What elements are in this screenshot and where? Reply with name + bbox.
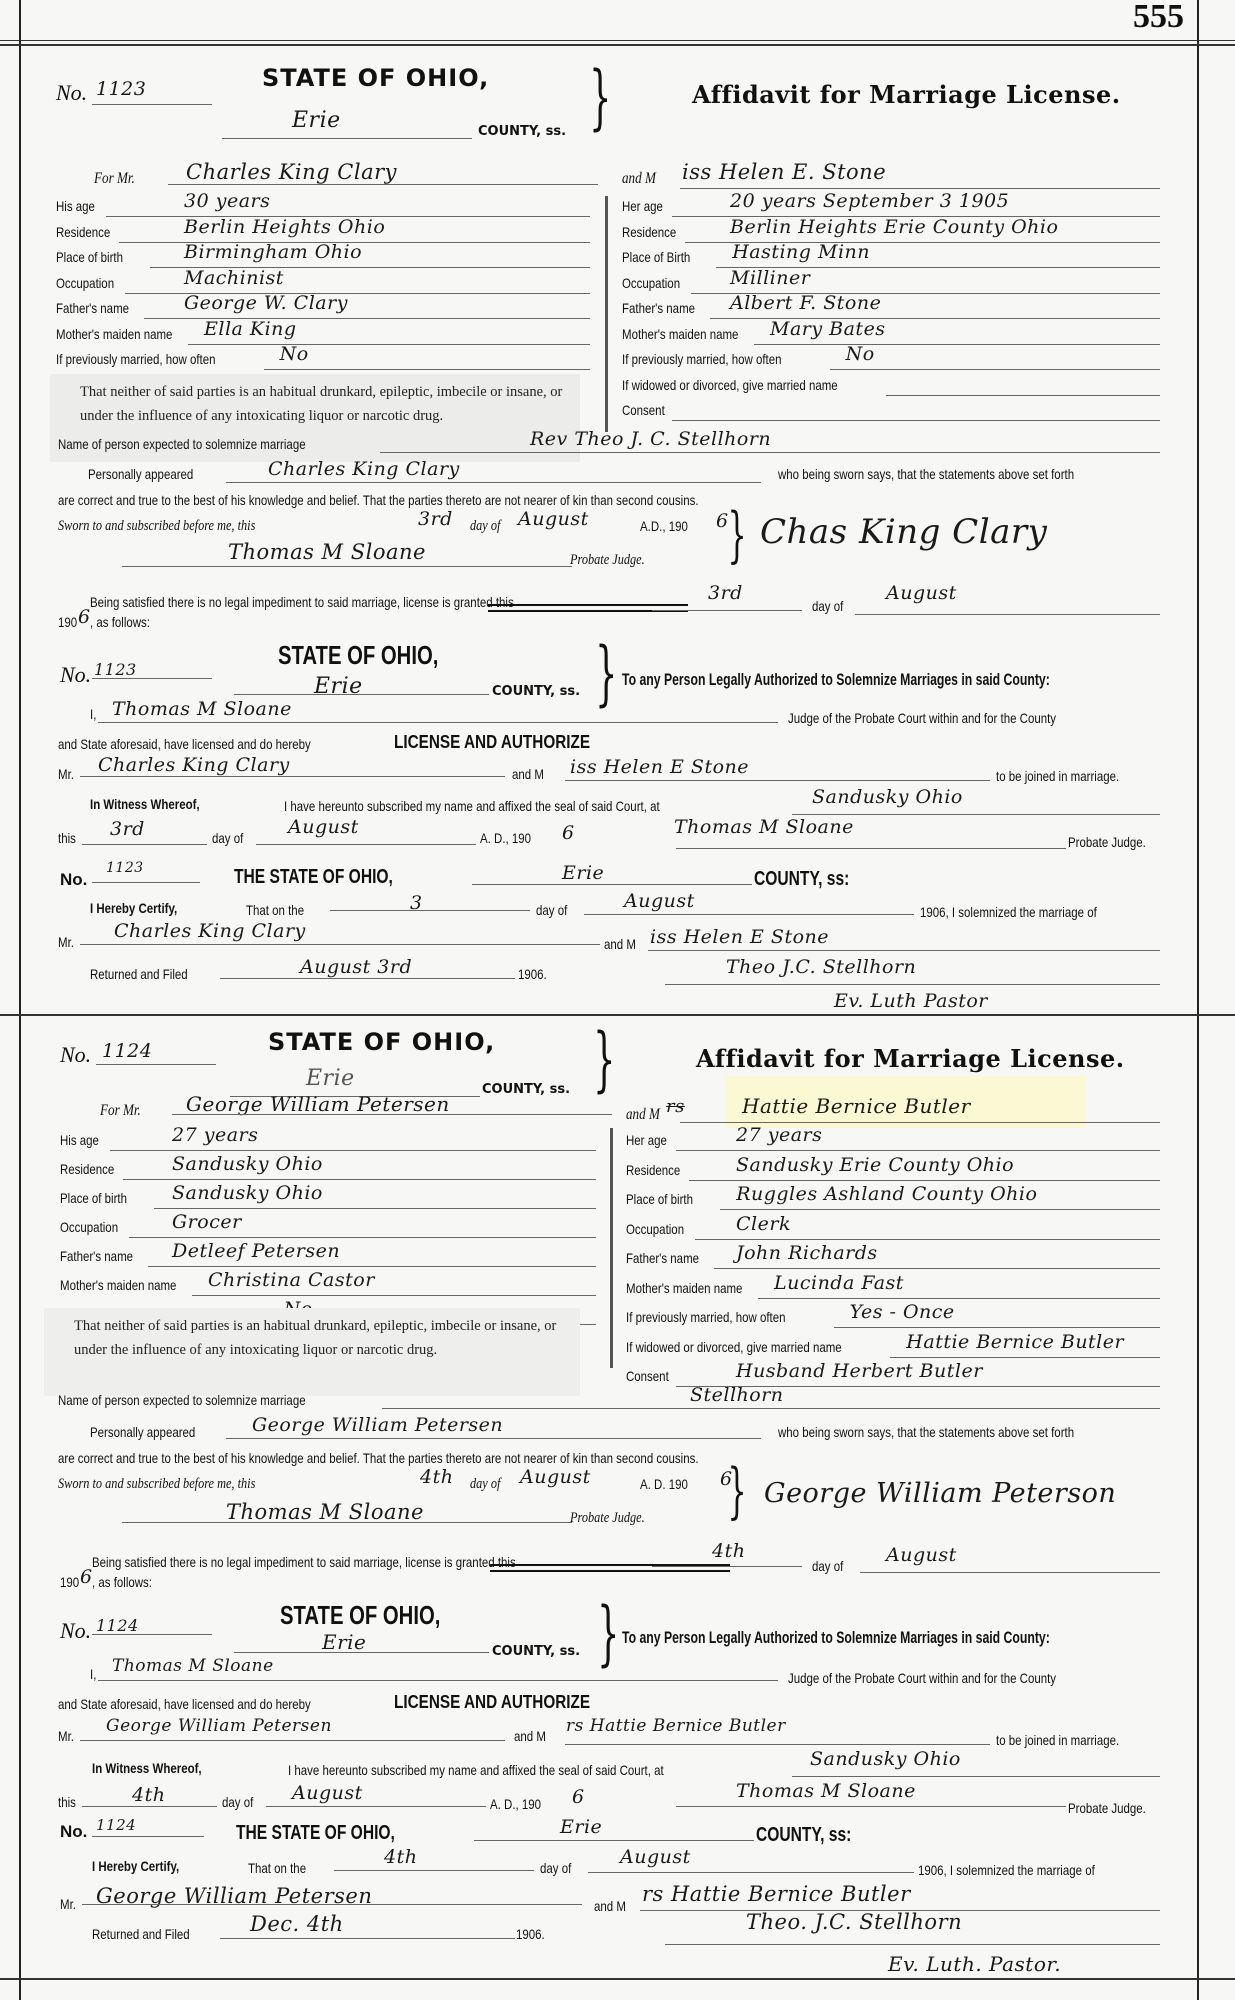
cert-certify-bold: I Hereby Certify, [92,1858,179,1874]
license-year-digit: 6 [572,1786,585,1808]
license-witness-bold: In Witness Whereof, [90,796,200,812]
cert-day: 4th [384,1846,417,1868]
license-county-label: COUNTY, ss. [492,684,580,699]
granted-text: Being satisfied there is no legal impedi… [92,1554,516,1570]
column-divider [610,1128,613,1368]
field-line [834,1327,1160,1328]
cert-year-text: 1906, I solemnized the marriage of [920,904,1097,920]
license-and-m: and M [514,1728,546,1744]
groom-line [172,1114,612,1115]
as-follows: , as follows: [90,614,150,630]
field-value: Detleef Petersen [172,1240,340,1262]
field-line [676,1150,1160,1151]
license-judge-text: Judge of the Probate Court within and fo… [788,710,1056,726]
license-month-line [266,1806,486,1807]
license-day-line [82,844,207,845]
county-label: COUNTY, ss. [478,124,566,139]
field-label: Father's name [622,300,695,316]
sworn-text-2: are correct and true to the best of his … [58,492,699,508]
license-judge-sig-line [676,1806,1066,1807]
judge-signature: Thomas M Sloane [228,540,426,564]
cert-and-m: and M [604,936,636,952]
granted-text: Being satisfied there is no legal impedi… [90,594,514,610]
field-line [830,369,1160,370]
field-line [188,344,590,345]
affidavit-number: 1124 [102,1040,152,1062]
granted-year-digit: 6 [80,1566,93,1588]
license-day-of: day of [212,830,243,846]
field-label: Place of birth [60,1190,127,1206]
cert-number-label: No. [60,870,87,890]
field-label: Place of birth [626,1191,693,1207]
right-margin-rule [1197,0,1199,2000]
cert-returned-line [220,1938,515,1939]
cert-county-line [474,1840,754,1841]
ad-label: A.D., 190 [640,518,688,534]
cert-county-label: COUNTY, ss: [754,868,849,891]
license-bride-line [565,780,990,781]
field-line [129,1237,596,1238]
field-value: Sandusky Erie County Ohio [736,1154,1014,1176]
license-brace: } [595,632,617,714]
license-joined: to be joined in marriage. [996,768,1119,784]
field-label: His age [60,1132,99,1148]
license-number: 1123 [94,660,137,679]
appeared-line [226,482,761,483]
license-judge-name: Thomas M Sloane [112,698,292,720]
cert-bride-line [648,950,1160,951]
granted-day: 4th [712,1540,745,1562]
field-label: His age [56,198,95,214]
license-judge-label: Probate Judge. [1068,1800,1146,1816]
field-line [110,1150,596,1151]
license-judge-name: Thomas M Sloane [112,1656,274,1676]
as-follows: , as follows: [92,1574,152,1590]
license-i-label: I, [90,1666,96,1682]
solemnizer-name: Stellhorn [690,1384,784,1406]
field-label: If previously married, how often [626,1309,786,1325]
field-label: Occupation [56,275,114,291]
bride-line [680,1122,1160,1123]
field-label: Place of birth [56,249,123,265]
field-value: Sandusky Ohio [172,1182,323,1204]
cert-officiant-line [665,1944,1160,1945]
cert-month-line [588,1872,914,1873]
field-line [192,1295,596,1296]
bride-line [680,188,1160,189]
license-witness-bold: In Witness Whereof, [92,1760,202,1776]
license-joined: to be joined in marriage. [996,1732,1119,1748]
license-witness-line [792,1776,1160,1777]
field-value: John Richards [736,1242,878,1264]
field-value: George W. Clary [184,292,348,314]
signature-brace: } [728,1456,747,1526]
field-value: 27 years [172,1124,258,1146]
license-witness-line [792,814,1160,815]
license-groom-line [80,776,505,777]
license-judge-sig-line [676,848,1066,849]
license-authorize: LICENSE AND AUTHORIZE [394,732,590,753]
cert-county-value: Erie [562,862,604,884]
field-value: No [280,343,309,365]
field-value: Lucinda Fast [774,1272,904,1294]
license-day-of: day of [222,1794,253,1810]
license-county-value: Erie [322,1630,366,1654]
license-this: this [58,1794,76,1810]
field-value: Mary Bates [770,318,886,340]
granted-day-line [652,1566,802,1567]
granted-month-line [855,614,1160,615]
license-number-label: No. [60,662,91,688]
cert-county-line [472,884,752,885]
cert-county-value: Erie [560,1816,602,1838]
judge-line [122,1522,572,1523]
affidavit-number: 1123 [96,78,146,100]
field-label: Mother's maiden name [60,1277,176,1293]
license-day-line [82,1806,217,1807]
bride-label: and M [622,170,656,188]
license-mr-label: Mr. [58,766,74,782]
license-ad: A. D., 190 [490,1796,541,1812]
appeared-label: Personally appeared [88,466,193,482]
field-line [672,420,1160,421]
field-line [689,1180,1160,1181]
field-label: Occupation [626,1221,684,1237]
license-authorize: LICENSE AND AUTHORIZE [394,1692,590,1713]
field-value: 30 years [184,190,270,212]
license-number-line [92,678,212,679]
license-ad: A. D., 190 [480,830,531,846]
field-label: If previously married, how often [622,351,782,367]
solemnizer-line [380,452,1160,453]
field-line [890,1357,1160,1358]
granted-day-line [652,610,802,611]
license-bride-line [565,1744,990,1745]
cert-month-line [584,914,914,915]
granted-month: August [886,1544,957,1566]
cert-returned-year: 1906. [516,1926,545,1942]
granted-day: 3rd [708,582,743,604]
license-judge-text: Judge of the Probate Court within and fo… [788,1670,1056,1686]
field-label: Residence [56,224,110,240]
cert-certify-text: That on the [246,902,304,918]
cert-number-line [92,1836,204,1837]
license-judge-line [98,722,778,723]
cert-bride-name: rs Hattie Bernice Butler [642,1882,911,1906]
top-double-rule-2 [0,44,1235,46]
record-separator [0,1014,1235,1016]
license-address: To any Person Legally Authorized to Sole… [622,1628,1050,1648]
cert-day-line [330,910,530,911]
license-address: To any Person Legally Authorized to Sole… [622,670,1050,690]
judge-signature: Thomas M Sloane [226,1500,424,1524]
county-label: COUNTY, ss. [482,1082,570,1097]
groom-label: For Mr. [100,1102,141,1120]
license-judge-line [98,1680,778,1681]
bride-prefix: rs [666,1096,685,1117]
field-value: Berlin Heights Erie County Ohio [730,216,1058,238]
register-page: 555 No. 1123 STATE OF OHIO, Erie COUNTY,… [0,0,1235,2000]
license-this: this [58,830,76,846]
cert-officiant-title: Ev. Luth. Pastor. [888,1952,1061,1976]
judge-line [122,566,572,567]
license-groom-name: Charles King Clary [98,754,290,776]
license-judge-label: Probate Judge. [1068,834,1146,850]
granted-day-of: day of [812,1558,843,1574]
license-number-label: No. [60,1618,91,1644]
field-label: Mother's maiden name [56,326,172,342]
day-of-label: day of [470,1476,500,1493]
license-state-heading: STATE OF OHIO, [278,640,438,671]
groom-line [168,184,598,185]
license-state-heading: STATE OF OHIO, [280,1600,440,1631]
cert-returned-date: Dec. 4th [250,1912,344,1936]
sworn-month: August [518,508,589,530]
left-margin-rule [19,0,21,2000]
field-line [695,1239,1160,1240]
judge-label: Probate Judge. [570,552,645,569]
cert-certify-text: That on the [248,1860,306,1876]
signature-brace: } [728,500,747,570]
granted-month-line [860,1572,1160,1573]
license-and-m: and M [512,766,544,782]
field-line [754,344,1160,345]
field-value: Albert F. Stone [730,292,881,314]
field-value: 20 years September 3 1905 [730,190,1009,212]
sworn-label: Sworn to and subscribed before me, this [58,1476,255,1493]
cert-returned-line [220,978,515,979]
field-label: Her age [622,198,663,214]
license-year-digit: 6 [562,822,575,844]
bride-name: Hattie Bernice Butler [742,1094,971,1118]
license-groom-line [80,1740,505,1741]
cert-groom-name: Charles King Clary [114,920,306,942]
cert-month: August [620,1846,691,1868]
field-label: If widowed or divorced, give married nam… [622,377,838,393]
field-label: Her age [626,1132,667,1148]
field-value: Christina Castor [208,1269,375,1291]
affidavit-title: Affidavit for Marriage License. [696,1044,1125,1073]
license-county-line [234,694,489,695]
field-value: Hasting Minn [732,241,870,263]
appeared-label: Personally appeared [90,1424,195,1440]
cert-year-text: 1906, I solemnized the marriage of [918,1862,1095,1878]
sworn-label: Sworn to and subscribed before me, this [58,518,255,535]
license-county-value: Erie [314,674,363,699]
sworn-day: 4th [420,1466,453,1488]
brace: } [589,56,611,138]
bride-label: and M [626,1106,660,1124]
field-value: Ruggles Ashland County Ohio [736,1183,1037,1205]
granted-month: August [886,582,957,604]
field-value: Birmingham Ohio [184,241,362,263]
cert-mr-label: Mr. [58,934,74,950]
granted-day-of: day of [812,598,843,614]
field-label: Mother's maiden name [626,1280,742,1296]
field-value: Machinist [184,267,284,289]
cert-number-label: No. [60,1822,87,1842]
cert-number-line [92,882,200,883]
field-value: No [846,343,875,365]
top-double-rule [0,40,1235,41]
field-value: 27 years [736,1124,822,1146]
field-label: Occupation [622,275,680,291]
bottom-rule [0,1978,1235,1980]
solemnizer-label: Name of person expected to solemnize mar… [58,1392,306,1408]
groom-label: For Mr. [94,170,135,188]
cert-officiant-title: Ev. Luth Pastor [834,990,988,1012]
license-county-label: COUNTY, ss. [492,1644,580,1659]
field-value: Husband Herbert Butler [736,1360,983,1382]
cert-and-m: and M [594,1898,626,1914]
cert-officiant: Theo J.C. Stellhorn [726,956,916,978]
license-month-line [256,844,476,845]
sworn-text-2: are correct and true to the best of his … [58,1450,699,1466]
field-label: Father's name [626,1250,699,1266]
field-label: If previously married, how often [56,351,216,367]
county-line [222,138,472,139]
brace: } [593,1018,615,1100]
applicant-signature: Chas King Clary [760,512,1047,552]
license-number: 1124 [96,1616,139,1635]
field-label: Occupation [60,1219,118,1235]
county-value: Erie [292,108,341,133]
field-label: Father's name [60,1248,133,1264]
affidavit-number-label: No. [60,1042,91,1068]
field-value: Yes - Once [850,1301,955,1323]
license-witness-place: Sandusky Ohio [810,1748,961,1770]
cert-returned-label: Returned and Filed [92,1926,190,1942]
groom-name: George William Petersen [186,1092,450,1116]
field-line [758,1298,1160,1299]
license-witness-text: I have hereunto subscribed my name and a… [288,1762,664,1778]
solemnizer-line [382,1408,1160,1409]
license-bride-name: rs Hattie Bernice Butler [566,1716,786,1736]
field-label: Residence [622,224,676,240]
field-line [714,1268,1160,1269]
appeared-name: Charles King Clary [268,458,460,480]
cert-returned-year: 1906. [518,966,547,982]
cert-day-of: day of [540,1860,571,1876]
field-label: Residence [60,1161,114,1177]
granted-year-prefix: 190 [60,1574,79,1590]
field-line [148,1266,596,1267]
field-label: Place of Birth [622,249,690,265]
cert-day-of: day of [536,902,567,918]
license-day: 3rd [110,818,145,840]
county-value: Erie [306,1066,355,1091]
field-value: Berlin Heights Ohio [184,216,385,238]
field-value: Hattie Bernice Butler [906,1331,1124,1353]
cert-officiant: Theo. J.C. Stellhorn [746,1910,962,1934]
cert-groom-line [82,1904,582,1905]
field-line [123,1179,596,1180]
appeared-name: George William Petersen [252,1414,503,1436]
field-line [886,395,1160,396]
day-of-label: day of [470,518,500,535]
applicant-signature: George William Peterson [764,1478,1116,1509]
field-line [720,1209,1160,1210]
cert-heading: THE STATE OF OHIO, [234,866,393,889]
field-value: Ella King [204,318,297,340]
number-line [92,104,212,105]
cert-certify-bold: I Hereby Certify, [90,900,177,916]
sworn-day: 3rd [418,508,453,530]
field-value: Clerk [736,1213,791,1235]
state-heading: STATE OF OHIO, [262,64,489,92]
license-witness-place: Sandusky Ohio [812,786,963,808]
field-line [264,369,590,370]
cert-county-label: COUNTY, ss: [756,1824,851,1847]
cert-heading: THE STATE OF OHIO, [236,1822,395,1845]
affidavit-number-label: No. [56,80,87,106]
license-day: 4th [132,1784,165,1806]
bride-name: iss Helen E. Stone [682,160,886,184]
license-groom-name: George William Petersen [106,1716,332,1736]
solemnizer-label: Name of person expected to solemnize mar… [58,436,306,452]
field-label: Father's name [56,300,129,316]
groom-name: Charles King Clary [186,160,397,184]
field-label: Consent [626,1368,669,1384]
judge-label: Probate Judge. [570,1510,645,1527]
license-bride-name: iss Helen E Stone [570,756,749,778]
license-month: August [288,816,359,838]
field-label: If widowed or divorced, give married nam… [626,1339,842,1355]
cert-day-line [334,1870,534,1871]
cert-number: 1123 [106,860,144,876]
license-brace: } [597,1592,619,1674]
cert-bride-name: iss Helen E Stone [650,926,829,948]
state-heading: STATE OF OHIO, [268,1028,495,1056]
cert-mr-label: Mr. [60,1896,76,1912]
field-value: Milliner [730,267,810,289]
license-i-label: I, [90,706,96,722]
license-witness-text: I have hereunto subscribed my name and a… [284,798,660,814]
license-state-text: and State aforesaid, have licensed and d… [58,736,311,752]
appeared-line [226,1438,761,1439]
cert-returned-date: August 3rd [300,956,412,978]
cert-number: 1124 [96,1816,136,1834]
ad-label: A. D. 190 [640,1476,688,1492]
field-label: Consent [622,402,665,418]
license-judge-signature: Thomas M Sloane [674,816,854,838]
sworn-month: August [520,1466,591,1488]
field-label: Mother's maiden name [622,326,738,342]
license-county-line [234,1652,489,1653]
solemnizer-name: Rev Theo J. C. Stellhorn [530,428,771,450]
license-mr-label: Mr. [58,1728,74,1744]
legal-notice: That neither of said parties is an habit… [44,1308,580,1396]
affidavit-title: Affidavit for Marriage License. [692,80,1121,109]
page-number: 555 [1133,0,1184,36]
field-value: Grocer [172,1211,242,1233]
cert-groom-line [80,944,600,945]
cert-officiant-line [665,984,1160,985]
cert-returned-label: Returned and Filed [90,966,188,982]
license-number-line [92,1634,212,1635]
sworn-text-1: who being sworn says, that the statement… [778,466,1074,482]
license-state-text: and State aforesaid, have licensed and d… [58,1696,311,1712]
sworn-text-1: who being sworn says, that the statement… [778,1424,1074,1440]
license-judge-signature: Thomas M Sloane [736,1780,916,1802]
granted-year-digit: 6 [78,606,91,628]
column-divider [605,196,608,432]
field-line [154,1208,596,1209]
license-month: August [292,1782,363,1804]
cert-month: August [624,890,695,912]
granted-year-prefix: 190 [58,614,77,630]
field-label: Residence [626,1162,680,1178]
